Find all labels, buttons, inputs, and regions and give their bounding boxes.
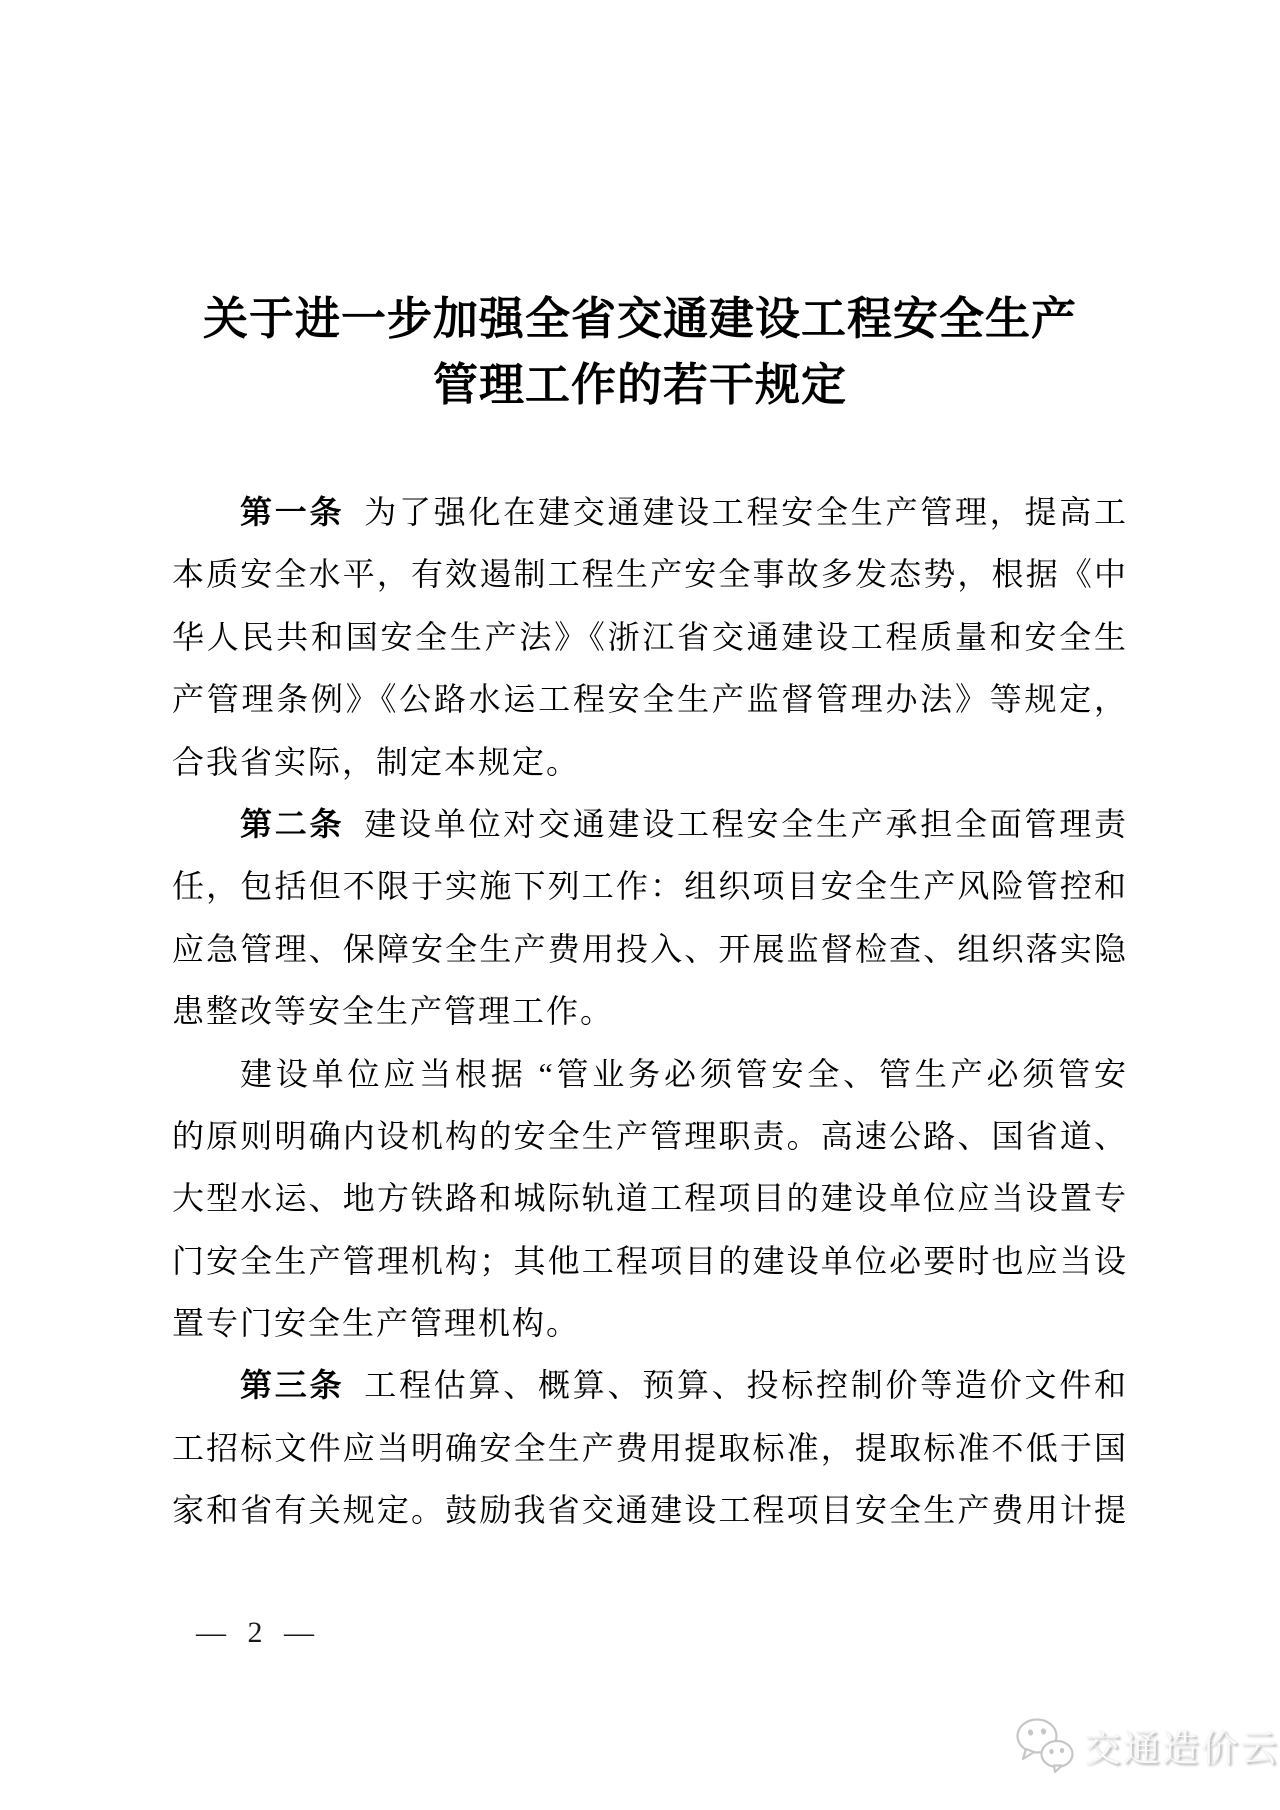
line-text: 本质安全水平，有效遏制工程生产安全事故多发态势，根据《中	[172, 556, 1128, 592]
line-text: 患整改等安全生产管理工作。	[172, 993, 614, 1029]
document-body: 第一条为了强化在建交通建设工程安全生产管理，提高工程 本质安全水平，有效遏制工程…	[172, 481, 1128, 1542]
title-line-1: 关于进一步加强全省交通建设工程安全生产	[0, 286, 1280, 352]
body-line: 应急管理、保障安全生产费用投入、开展监督检查、组织落实隐	[172, 918, 1128, 980]
watermark-text: 交通造价云	[1084, 1718, 1279, 1772]
line-text: 置专门安全生产管理机构。	[172, 1305, 580, 1341]
body-line: 的原则明确内设机构的安全生产管理职责。高速公路、国省道、	[172, 1105, 1128, 1167]
body-line: 第三条工程估算、概算、预算、投标控制价等造价文件和施	[172, 1354, 1128, 1416]
body-line: 产管理条例》《公路水运工程安全生产监督管理办法》等规定，结	[172, 668, 1128, 730]
line-text: 大型水运、地方铁路和城际轨道工程项目的建设单位应当设置专	[172, 1180, 1128, 1216]
body-line: 患整改等安全生产管理工作。	[172, 980, 1128, 1042]
article-label: 第三条	[240, 1367, 344, 1403]
line-text: 应急管理、保障安全生产费用投入、开展监督检查、组织落实隐	[172, 931, 1128, 967]
body-line: 门安全生产管理机构；其他工程项目的建设单位必要时也应当设	[172, 1230, 1128, 1292]
body-line: 置专门安全生产管理机构。	[172, 1292, 1128, 1354]
article-label: 第一条	[240, 494, 344, 530]
line-text: 工程估算、概算、预算、投标控制价等造价文件和施	[240, 1367, 1128, 1416]
document-title: 关于进一步加强全省交通建设工程安全生产 管理工作的若干规定	[0, 286, 1280, 418]
line-text: 工招标文件应当明确安全生产费用提取标准，提取标准不低于国	[172, 1430, 1128, 1466]
body-line: 任，包括但不限于实施下列工作：组织项目安全生产风险管控和	[172, 855, 1128, 917]
body-line: 华人民共和国安全生产法》《浙江省交通建设工程质量和安全生	[172, 606, 1128, 668]
document-page: { "title": { "line1": "关于进一步加强全省交通建设工程安全…	[0, 0, 1280, 1810]
body-line: 建设单位应当根据 “管业务必须管安全、管生产必须管安全”	[172, 1043, 1128, 1105]
body-line: 本质安全水平，有效遏制工程生产安全事故多发态势，根据《中	[172, 543, 1128, 605]
line-text: 为了强化在建交通建设工程安全生产管理，提高工程	[240, 494, 1128, 543]
page-number: — 2 —	[196, 1616, 321, 1650]
body-line: 第二条建设单位对交通建设工程安全生产承担全面管理责	[172, 793, 1128, 855]
body-line: 第一条为了强化在建交通建设工程安全生产管理，提高工程	[172, 481, 1128, 543]
watermark: 交通造价云	[1014, 1714, 1279, 1776]
article-label: 第二条	[240, 806, 344, 842]
line-text: 家和省有关规定。鼓励我省交通建设工程项目安全生产费用计提	[172, 1492, 1128, 1528]
body-line: 工招标文件应当明确安全生产费用提取标准，提取标准不低于国	[172, 1417, 1128, 1479]
line-text: 建设单位对交通建设工程安全生产承担全面管理责	[364, 806, 1128, 842]
line-text: 门安全生产管理机构；其他工程项目的建设单位必要时也应当设	[172, 1243, 1128, 1279]
body-line: 合我省实际，制定本规定。	[172, 731, 1128, 793]
line-text: 产管理条例》《公路水运工程安全生产监督管理办法》等规定，结	[172, 681, 1128, 730]
line-text: 任，包括但不限于实施下列工作：组织项目安全生产风险管控和	[172, 868, 1128, 904]
line-text: 华人民共和国安全生产法》《浙江省交通建设工程质量和安全生	[172, 619, 1128, 655]
title-line-2: 管理工作的若干规定	[0, 352, 1280, 418]
body-line: 家和省有关规定。鼓励我省交通建设工程项目安全生产费用计提	[172, 1479, 1128, 1541]
line-text: 建设单位应当根据 “管业务必须管安全、管生产必须管安全”	[240, 1056, 1128, 1105]
body-line: 大型水运、地方铁路和城际轨道工程项目的建设单位应当设置专	[172, 1167, 1128, 1229]
wechat-icon	[1014, 1715, 1076, 1775]
line-text: 合我省实际，制定本规定。	[172, 744, 580, 780]
line-text: 的原则明确内设机构的安全生产管理职责。高速公路、国省道、	[172, 1118, 1128, 1154]
